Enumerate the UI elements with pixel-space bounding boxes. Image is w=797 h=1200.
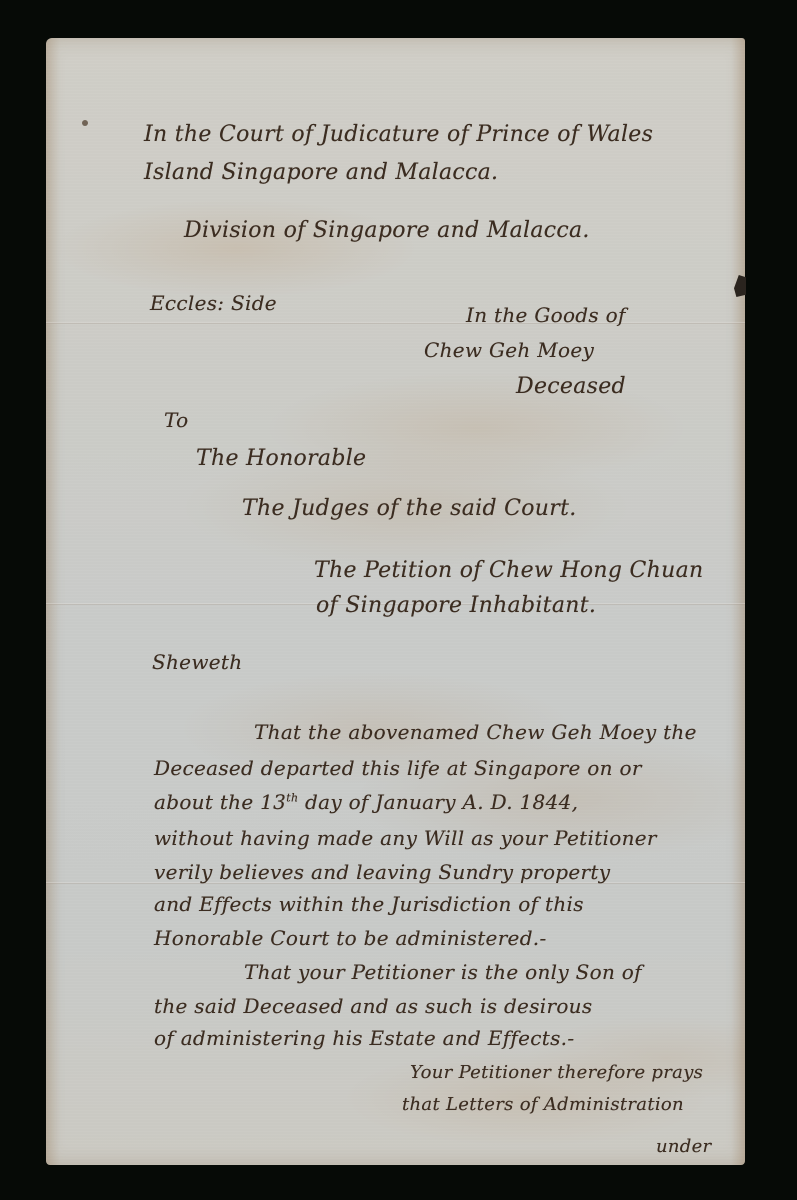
- manuscript-page: In the Court of Judicature of Prince of …: [46, 38, 745, 1165]
- date-suffix: th: [286, 791, 298, 804]
- side-label: Eccles: Side: [150, 291, 277, 315]
- body-line-date: about the 13th day of January A. D. 1844…: [154, 790, 578, 814]
- to-label: To: [164, 408, 188, 432]
- goods-line-3: Deceased: [516, 374, 626, 399]
- court-line-2: Island Singapore and Malacca.: [144, 160, 498, 185]
- body-line: the said Deceased and as such is desirou…: [154, 994, 592, 1018]
- honorable-line: The Honorable: [196, 446, 366, 471]
- division-line: Division of Singapore and Malacca.: [184, 218, 590, 243]
- body-line: verily believes and leaving Sundry prope…: [154, 860, 610, 884]
- date-prefix: about the 13: [154, 790, 286, 814]
- judges-line: The Judges of the said Court.: [242, 496, 577, 521]
- body-line: Honorable Court to be administered.-: [154, 926, 547, 950]
- court-line-1: In the Court of Judicature of Prince of …: [144, 122, 653, 147]
- prayer-line: Your Petitioner therefore prays: [410, 1062, 703, 1083]
- edge-tear: [734, 275, 746, 297]
- petitioner-line-1: The Petition of Chew Hong Chuan: [314, 558, 704, 583]
- body-line: That your Petitioner is the only Son of: [244, 960, 642, 984]
- body-line: without having made any Will as your Pet…: [154, 826, 657, 850]
- sheweth-label: Sheweth: [152, 650, 242, 674]
- goods-line-1: In the Goods of: [466, 303, 626, 327]
- goods-line-2: Chew Geh Moey: [424, 338, 594, 362]
- body-line: of administering his Estate and Effects.…: [154, 1026, 574, 1050]
- body-line: and Effects within the Jurisdiction of t…: [154, 892, 584, 916]
- fold-line: [46, 322, 745, 324]
- scan-background: In the Court of Judicature of Prince of …: [0, 0, 797, 1200]
- body-line: Deceased departed this life at Singapore…: [154, 756, 642, 780]
- petitioner-line-2: of Singapore Inhabitant.: [316, 593, 596, 618]
- prayer-line: that Letters of Administration: [402, 1094, 684, 1115]
- catchword: under: [656, 1136, 711, 1157]
- body-line: That the abovenamed Chew Geh Moey the: [254, 720, 697, 744]
- ink-speck: [82, 120, 88, 126]
- date-rest: day of January A. D. 1844,: [305, 790, 578, 814]
